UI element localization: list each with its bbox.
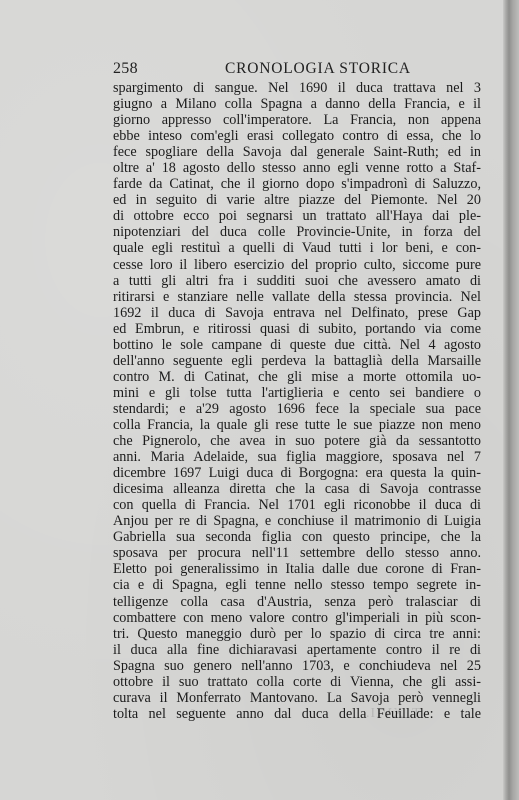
bleed-through-signature: T. XVII. bbox=[365, 706, 421, 722]
text-line: giorno appresso coll'imperatore. La Fran… bbox=[113, 112, 481, 128]
text-line: quale egli restituì a quelli di Vaud tut… bbox=[113, 240, 481, 256]
text-line: il duca alla fine dichiaravasi apertamen… bbox=[113, 642, 481, 658]
page-header: 258 CRONOLOGIA STORICA bbox=[113, 60, 481, 80]
text-line: 1692 il duca di Savoja entrava nel Delfi… bbox=[113, 305, 481, 321]
text-line: farde da Catinat, che il giorno dopo s'i… bbox=[113, 176, 481, 192]
bleed-through-mark: 3 bbox=[190, 706, 196, 721]
text-line: dell'anno seguente egli perdeva la batta… bbox=[113, 353, 481, 369]
text-line: cesse loro il libero esercizio del propr… bbox=[113, 257, 481, 273]
text-line: fece spogliare della Savoja dal generale… bbox=[113, 144, 481, 160]
text-line: Gabriella sua seconda figlia con questo … bbox=[113, 529, 481, 545]
text-line: ottobre il suo trattato colla corte di V… bbox=[113, 674, 481, 690]
text-line: che Pignerolo, che avea in suo potere gi… bbox=[113, 433, 481, 449]
text-line: di ottobre ecco poi segnarsi un trattato… bbox=[113, 208, 481, 224]
text-line: giugno a Milano colla Spagna a danno del… bbox=[113, 96, 481, 112]
text-line: stendardi; e a'29 agosto 1696 fece la sp… bbox=[113, 401, 481, 417]
text-line: con quella di Francia. Nel 1701 egli ric… bbox=[113, 497, 481, 513]
text-line: curava il Monferrato Mantovano. La Savoj… bbox=[113, 690, 481, 706]
page-number: 258 bbox=[113, 60, 138, 78]
text-line: bottino le sole campane di queste due ci… bbox=[113, 337, 481, 353]
text-line: anni. Maria Adelaide, sua figlia maggior… bbox=[113, 449, 481, 465]
text-line: ed Embrun, e ritirossi quasi di subito, … bbox=[113, 321, 481, 337]
text-line: oltre a' 18 agosto dello stesso anno egl… bbox=[113, 160, 481, 176]
text-line: tri. Questo maneggio durò per lo spazio … bbox=[113, 626, 481, 642]
text-line: dicembre 1697 Luigi duca di Borgogna: er… bbox=[113, 465, 481, 481]
page-edge-shadow bbox=[503, 0, 519, 800]
book-page: 258 CRONOLOGIA STORICA spargimento di sa… bbox=[0, 0, 503, 800]
body-text: spargimento di sangue. Nel 1690 il duca … bbox=[113, 80, 481, 722]
text-line: ebbe inteso com'egli erasi collegato con… bbox=[113, 128, 481, 144]
text-line: Anjou per re di Spagna, e conchiuse il m… bbox=[113, 513, 481, 529]
text-line: ritirarsi e stanziare nelle vallate dell… bbox=[113, 289, 481, 305]
text-line: tolta nel seguente anno dal duca della F… bbox=[113, 706, 481, 722]
text-line: Eletto poi generalissimo in Italia dalle… bbox=[113, 561, 481, 577]
text-line: sposava per procura nell'11 settembre de… bbox=[113, 545, 481, 561]
text-line: contro M. di Catinat, che gli mise a mor… bbox=[113, 369, 481, 385]
text-line: Spagna suo genero nell'anno 1703, e conc… bbox=[113, 658, 481, 674]
text-line: spargimento di sangue. Nel 1690 il duca … bbox=[113, 80, 481, 96]
text-line: a tutti gli altri fra i sudditi suoi che… bbox=[113, 273, 481, 289]
text-line: nipotenziari del duca colle Provincie-Un… bbox=[113, 224, 481, 240]
text-line: mini e gli tolse tutta l'artiglieria e c… bbox=[113, 385, 481, 401]
text-line: dicesima alleanza diretta che la casa di… bbox=[113, 481, 481, 497]
text-line: colla Francia, la quale gli rese tutte l… bbox=[113, 417, 481, 433]
text-line: cia e di Spagna, egli tenne nello stesso… bbox=[113, 577, 481, 593]
text-line: ed in seguito di varie altre piazze del … bbox=[113, 192, 481, 208]
text-line: combattere con meno valore contro gl'imp… bbox=[113, 610, 481, 626]
text-line: telligenze colla casa d'Austria, senza p… bbox=[113, 594, 481, 610]
running-head: CRONOLOGIA STORICA bbox=[225, 60, 411, 78]
